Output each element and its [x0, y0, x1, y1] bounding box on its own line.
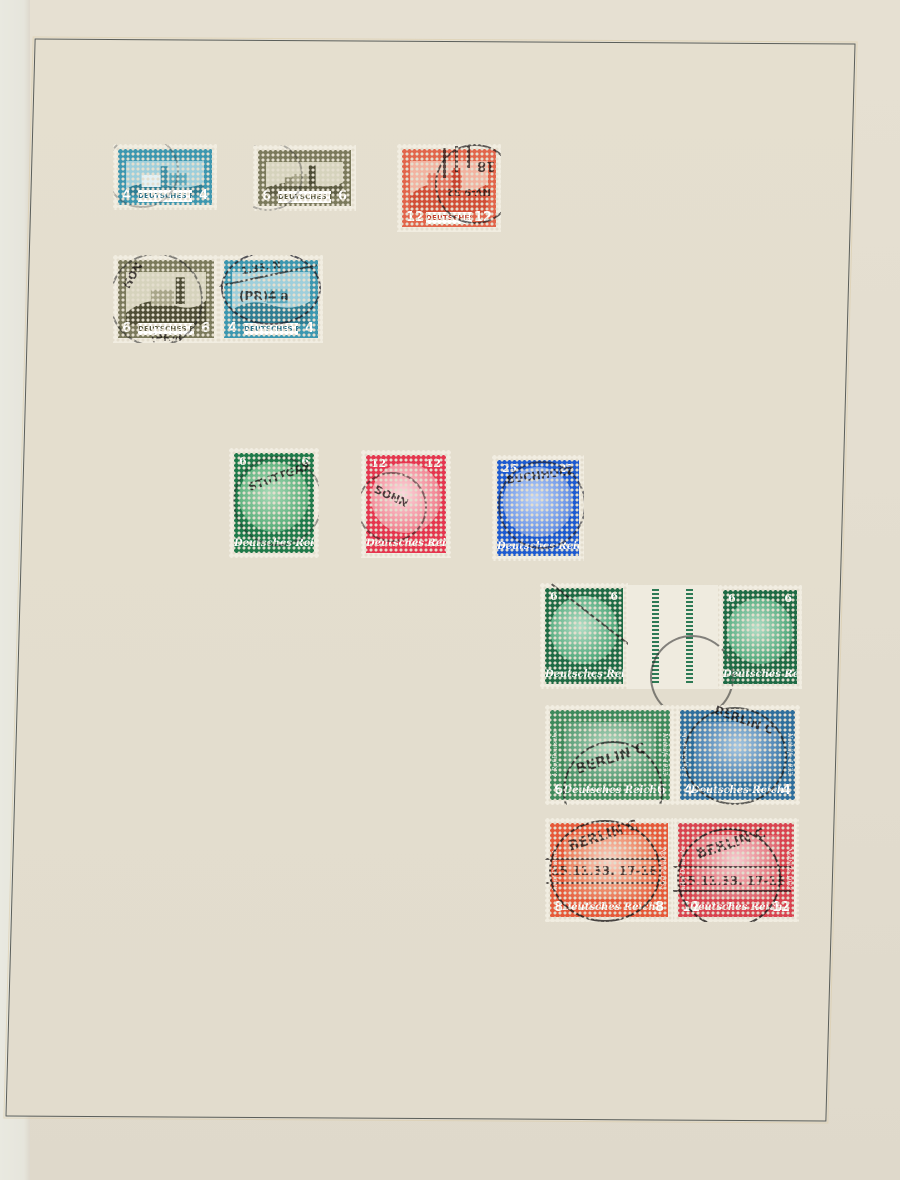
- denomination-left: 6: [239, 456, 247, 467]
- stamp-castle-4-pair-right[interactable]: 4 4 DEUTSCHES REICH 1.33. N (PR)4 a: [219, 255, 323, 343]
- portrait-medallion: [371, 463, 441, 533]
- denomination-left: 6: [122, 322, 131, 335]
- side-inscription-left: 3.Rpf Deutsche: [680, 837, 688, 901]
- stamp-inscription: Deutsches Reich: [545, 669, 623, 680]
- denomination-right: 6: [338, 190, 347, 203]
- stamp-inscription: Deutsches Reich: [366, 538, 446, 549]
- stamp-frederick-6-gutter-right[interactable]: 6 6 Deutsches Reich: [718, 585, 802, 689]
- stamp-frederick-12[interactable]: 12 12 Deutsches Reich BONN: [361, 450, 451, 558]
- stamp-inscription: Deutsches Reich: [234, 538, 314, 549]
- castle-illustration-icon: [126, 272, 206, 325]
- denomination-left: 4: [122, 189, 131, 202]
- denomination-right: 4: [199, 189, 208, 202]
- denomination-right: 12: [474, 211, 492, 224]
- opera-scene-illustration: [564, 835, 654, 899]
- stamp-castle-6[interactable]: 6 6 DEUTSCHES REICH: [253, 145, 356, 211]
- portrait-medallion: [727, 598, 793, 664]
- stamp-nothilfe-6[interactable]: 4.Rpf Deutsche Nothilfe 1933 6 6 Deutsch…: [545, 705, 675, 805]
- denomination-right: 12: [426, 458, 441, 469]
- denomination-left: 6: [262, 190, 271, 203]
- denomination-right: 6: [201, 322, 210, 335]
- opera-scene-illustration: [564, 722, 656, 782]
- side-inscription-left: 3.Rpf Deutsche: [682, 724, 690, 784]
- stamp-inscription: DEUTSCHES REICH: [244, 323, 298, 335]
- stamp-frederick-6[interactable]: 6 6 Deutsches Reich STUTTGAR: [229, 448, 319, 558]
- stamp-inscription: DEUTSCHES REICH: [426, 212, 472, 224]
- stamp-inscription: Deutsches Reich: [680, 785, 795, 796]
- stamp-castle-12[interactable]: 12 12 DEUTSCHES REICH 18 NV-9 32: [397, 144, 501, 232]
- stamp-castle-6-pair-left[interactable]: 6 6 DEUTSCHES REICH HON (PR)4: [113, 255, 219, 343]
- stamp-inscription: DEUTSCHES REICH: [278, 191, 331, 203]
- denomination-right: 6: [610, 591, 618, 602]
- denomination-right: 6: [301, 456, 309, 467]
- portrait-medallion: [239, 462, 309, 532]
- opera-scene-illustration: [694, 722, 781, 782]
- album-page: 4 4 DEUTSCHES REICH 6 6 DEUTSCHES REICH: [0, 0, 900, 1180]
- castle-illustration-icon: [410, 161, 488, 213]
- side-inscription-right: Nothilfe 1933: [658, 837, 666, 901]
- denomination-left: 12: [406, 211, 424, 224]
- stamp-nothilfe-4[interactable]: 3.Rpf Deutsche Nothilfe 1933 4 4 Deutsch…: [675, 705, 800, 805]
- gutter-strip: [628, 585, 718, 689]
- stamp-inscription: Deutsches Reich: [550, 785, 670, 796]
- stamp-inscription: DEUTSCHES REICH: [138, 323, 194, 335]
- denomination-right: 4: [305, 322, 314, 335]
- denomination-left: 25: [502, 463, 517, 474]
- side-inscription-right: Nothilfe 1933: [785, 724, 793, 784]
- portrait-medallion: [503, 467, 573, 537]
- stamp-castle-4[interactable]: 4 4 DEUTSCHES REICH: [113, 144, 217, 210]
- stamp-frederick-25[interactable]: 25 25 Deutsches Reich BUCHHOLZ: [492, 455, 584, 561]
- castle-illustration-icon: [232, 272, 310, 324]
- stamp-nothilfe-8[interactable]: 4.Rpf Deutsche Nothilfe 1933 8 8 Deutsch…: [545, 818, 673, 922]
- denomination-left: 6: [728, 593, 736, 604]
- side-inscription-left: 4.Rpf Deutsche: [552, 837, 560, 901]
- stamp-inscription: Deutsches Reich: [550, 902, 668, 913]
- denomination-left: 4: [228, 322, 237, 335]
- denomination-left: 6: [550, 591, 558, 602]
- side-inscription-right: Nothilfe 1933: [784, 837, 792, 901]
- opera-scene-illustration: [692, 835, 780, 899]
- denomination-left: 12: [371, 458, 386, 469]
- stamp-inscription: Deutsches Reich: [678, 902, 794, 913]
- stamp-inscription: Deutsches Reich: [723, 669, 797, 680]
- stamp-nothilfe-12[interactable]: 3.Rpf Deutsche Nothilfe 1933 12 12 Deuts…: [673, 818, 799, 922]
- denomination-right: 6: [784, 593, 792, 604]
- stamp-frederick-6-gutter-left[interactable]: 6 6 Deutsches Reich AU: [540, 583, 628, 689]
- gutter-stripe: [652, 589, 659, 685]
- denomination-right: 25: [559, 463, 574, 474]
- side-inscription-left: 4.Rpf Deutsche: [552, 724, 560, 784]
- stamp-inscription: Deutsches Reich: [497, 541, 579, 552]
- side-inscription-right: Nothilfe 1933: [660, 724, 668, 784]
- gutter-stripe: [686, 589, 693, 685]
- stamp-inscription: DEUTSCHES REICH: [138, 190, 192, 202]
- portrait-medallion: [550, 596, 618, 664]
